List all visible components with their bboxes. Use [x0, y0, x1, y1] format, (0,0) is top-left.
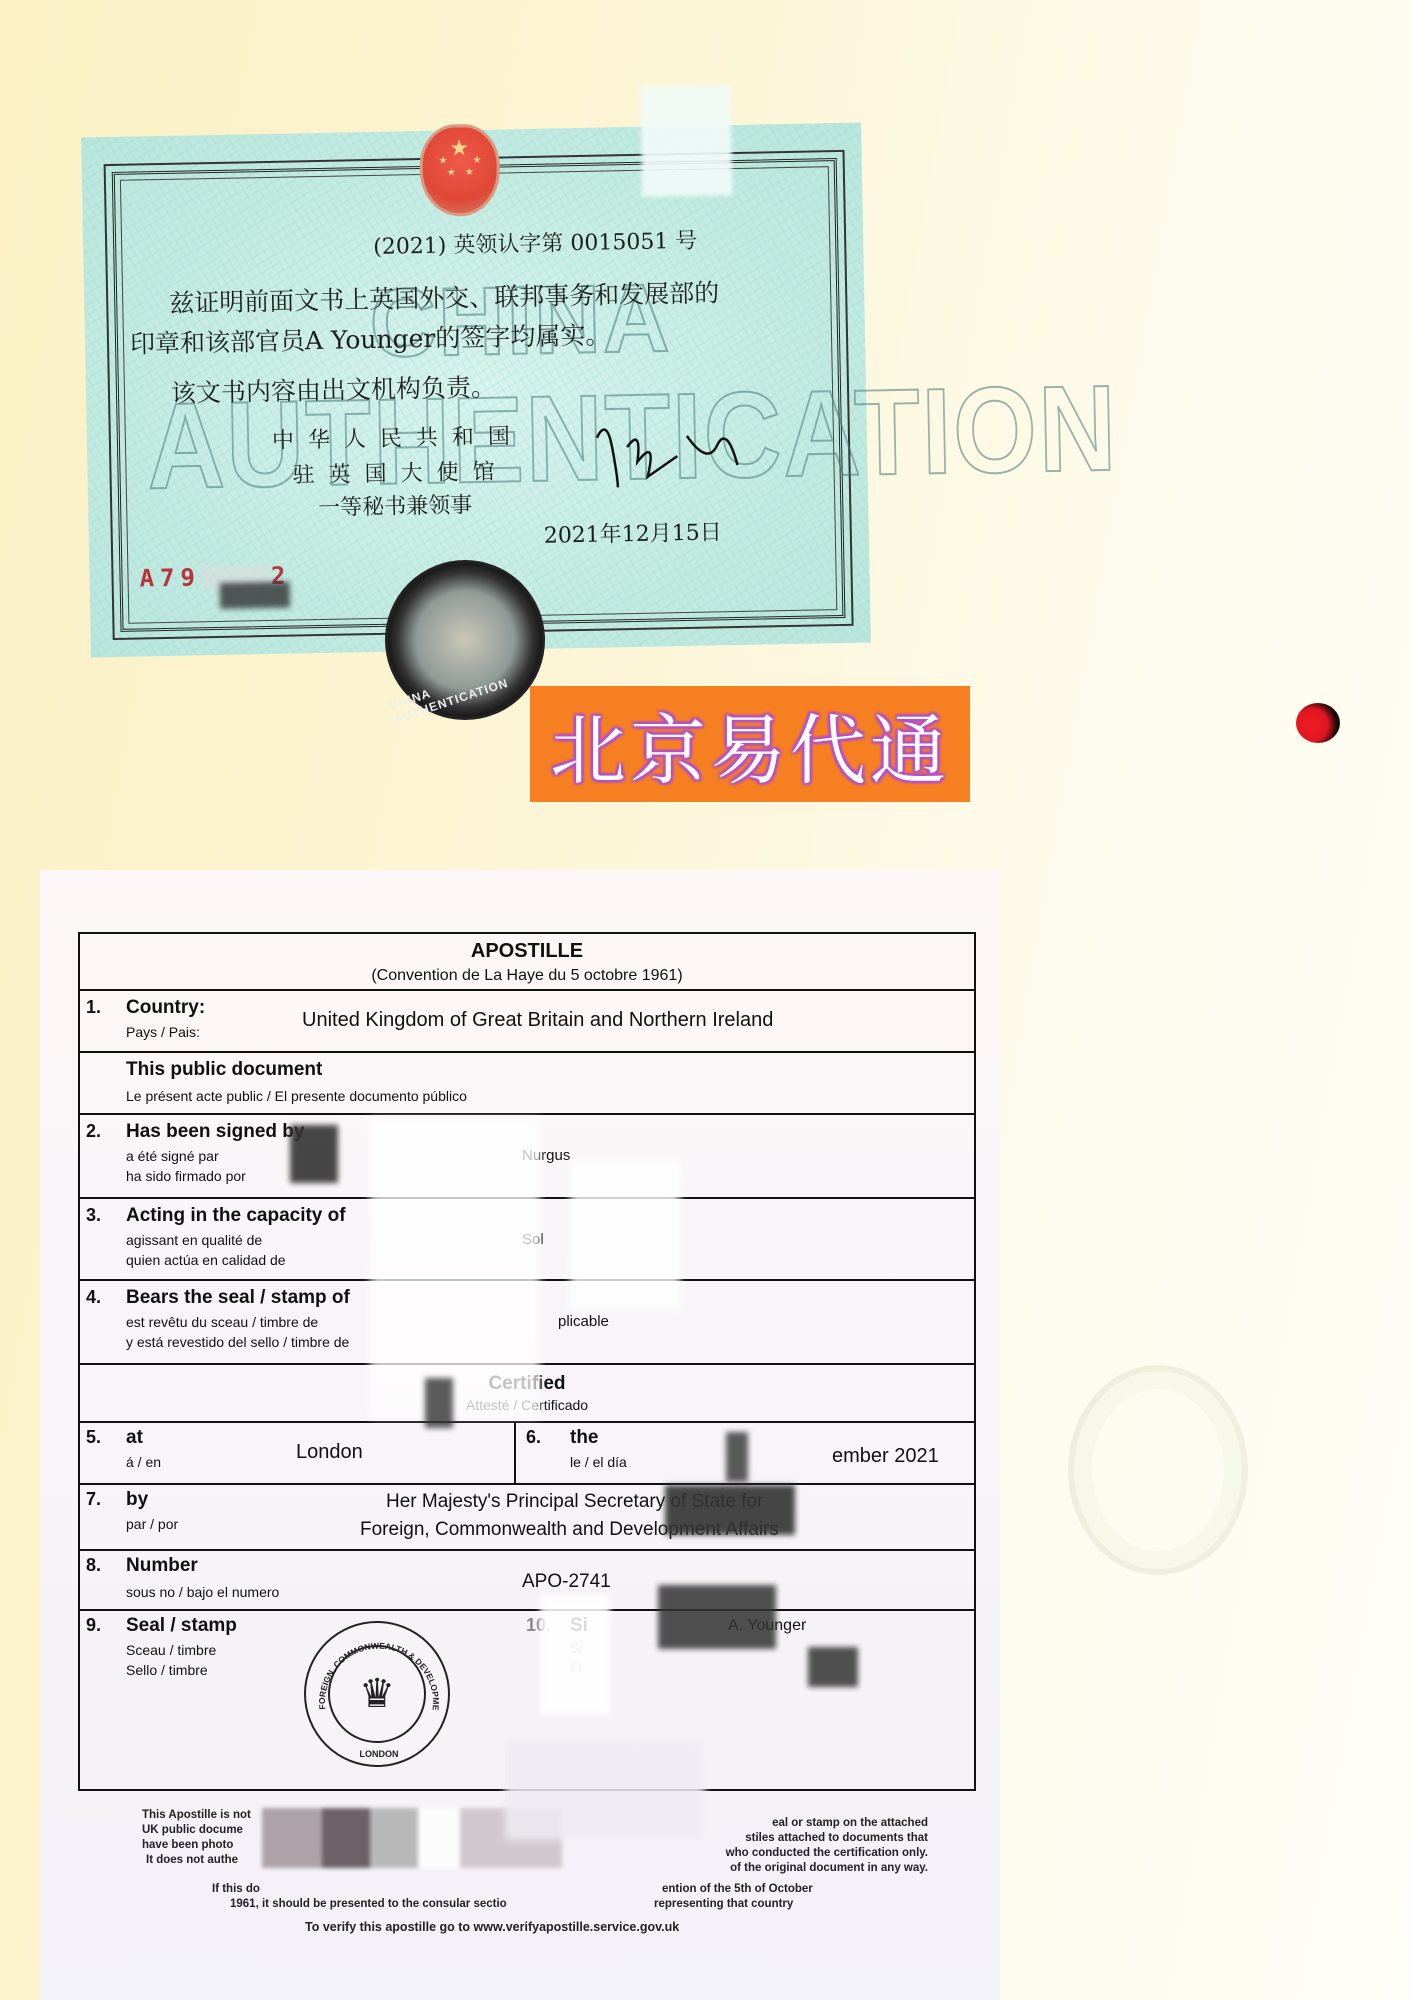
field-sublabel: sous no / bajo el numero: [126, 1583, 279, 1601]
field-sublabel: a été signé par: [126, 1147, 219, 1165]
redaction: [570, 1160, 680, 1310]
field-label: Has been signed by: [126, 1121, 304, 1143]
apostille-header: APOSTILLE (Convention de La Haye du 5 oc…: [80, 934, 974, 989]
redaction: [290, 1125, 338, 1183]
field-value: plicable: [558, 1313, 609, 1330]
certificate-reference: (2021) 英领认字第 0015051 号: [373, 224, 698, 261]
redaction: [808, 1647, 858, 1687]
field-sublabel: agissant en qualité de: [126, 1231, 262, 1249]
field-place-date: 5. at á / en London 6. the le / el día e…: [80, 1421, 974, 1483]
apostille-title: APOSTILLE: [80, 940, 974, 963]
field-number: 5.: [86, 1427, 101, 1448]
field-number: 6.: [526, 1427, 541, 1448]
field-value-place: London: [296, 1441, 363, 1464]
redaction: [370, 1118, 540, 1418]
redaction: [220, 582, 290, 609]
footer-line: 1961, it should be presented to the cons…: [230, 1897, 507, 1912]
field-label: Number: [126, 1555, 198, 1577]
field-label: at: [126, 1427, 143, 1449]
field-number: 8.: [86, 1555, 101, 1576]
field-sublabel: á / en: [126, 1453, 161, 1471]
field-number: 2.: [86, 1121, 101, 1142]
field-number: 1.: [86, 997, 101, 1018]
field-country: 1. Country: Pays / Pais: United Kingdom …: [80, 989, 974, 1051]
hologram-seal-icon: CHINA AUTHENTICATION: [385, 560, 545, 720]
certificate-line-3: 该文书内容由出文机构负责。: [171, 368, 497, 410]
issuer-country: 中华人民共和国: [272, 419, 525, 455]
field-number-apo: 8. Number sous no / bajo el numero APO-2…: [80, 1549, 974, 1609]
apostille-number: APO-2741: [522, 1571, 611, 1593]
field-public-document: This public document Le présent acte pub…: [80, 1051, 974, 1113]
redaction: [540, 1595, 610, 1715]
redaction: [505, 1740, 705, 1840]
signature-icon: [586, 405, 748, 498]
field-label: This public document: [126, 1059, 322, 1081]
field-number: 7.: [86, 1489, 101, 1510]
svg-text:LONDON: LONDON: [360, 1749, 399, 1759]
redaction: [640, 85, 732, 197]
redaction: [726, 1432, 748, 1482]
field-label: Acting in the capacity of: [126, 1205, 346, 1227]
field-sublabel: quien actúa en calidad de: [126, 1251, 286, 1269]
footer-line: If this do: [212, 1882, 260, 1897]
field-issued-by: 7. by par / por Her Majesty's Principal …: [80, 1483, 974, 1549]
field-number: 9.: [86, 1615, 101, 1636]
certificate-date: 2021年12月15日: [543, 515, 722, 549]
apostille-subtitle: (Convention de La Haye du 5 octobre 1961…: [80, 967, 974, 985]
footer-line: representing that country: [654, 1897, 793, 1912]
footer-line: ention of the 5th of October: [662, 1882, 813, 1897]
field-value-date: ember 2021: [832, 1445, 939, 1468]
redaction: [665, 1485, 795, 1535]
field-sublabel: y está revestido del sello / timbre de: [126, 1333, 349, 1351]
redaction: [658, 1585, 776, 1649]
field-sublabel: Pays / Pais:: [126, 1023, 200, 1041]
field-sublabel: est revêtu du sceau / timbre de: [126, 1313, 318, 1331]
field-sublabel: Sceau / timbre: [126, 1641, 216, 1659]
field-number: 3.: [86, 1205, 101, 1226]
field-label: the: [570, 1427, 599, 1449]
issuer-embassy: 驻英国大使馆: [292, 454, 509, 489]
field-sublabel: Sello / timbre: [126, 1661, 208, 1679]
ink-mark-icon: [1296, 703, 1340, 743]
field-sublabel: par / por: [126, 1515, 178, 1533]
field-value: United Kingdom of Great Britain and Nort…: [302, 1009, 773, 1032]
field-sublabel: le / el día: [570, 1453, 627, 1471]
brand-name: 北京易代通: [550, 690, 950, 799]
field-sublabel: ha sido firmado por: [126, 1167, 246, 1185]
footer-left: This Apostille is not UK public docume h…: [142, 1808, 251, 1868]
field-sublabel: Le présent acte public / El presente doc…: [126, 1087, 467, 1105]
redaction: [425, 1378, 453, 1428]
embossed-seal-icon: [1068, 1365, 1248, 1575]
field-label: Country:: [126, 997, 205, 1019]
field-label: Seal / stamp: [126, 1615, 237, 1637]
verify-url[interactable]: To verify this apostille go to www.verif…: [305, 1920, 679, 1935]
field-label: Bears the seal / stamp of: [126, 1287, 350, 1309]
fcdo-seal-icon: FOREIGN, COMMONWEALTH & DEVELOPMENT OFFI…: [304, 1621, 450, 1767]
brand-banner: 北京易代通: [530, 686, 970, 802]
issuer-title: 一等秘书兼领事: [318, 488, 473, 522]
field-label: by: [126, 1489, 148, 1511]
field-number: 4.: [86, 1287, 101, 1308]
